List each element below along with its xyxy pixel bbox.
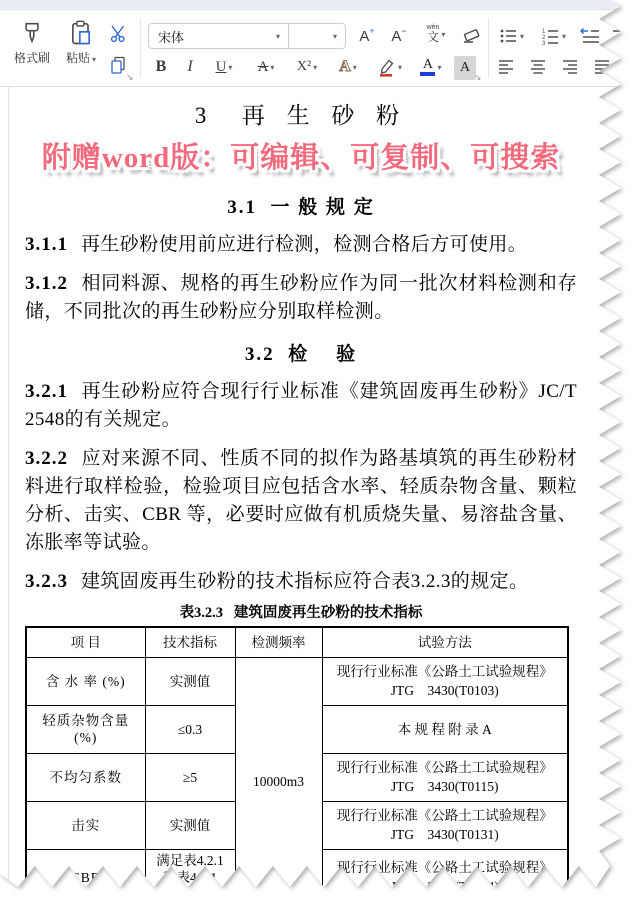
text-effects-button[interactable]: A▾ (330, 54, 366, 80)
clause-3-2-2: 3.2.2应对来源不同、性质不同的拟作为路基填筑的再生砂粉材料进行取样检验，检验… (25, 445, 577, 557)
bold-button[interactable]: B (148, 54, 174, 80)
scissors-icon (108, 23, 128, 43)
table-caption: 表3.2.3 建筑固废再生砂粉的技术指标 (25, 604, 577, 622)
clause-3-1-2: 3.1.2相同料源、规格的再生砂粉应作为同一批次材料检测和存储，不同批次的再生砂… (25, 270, 577, 326)
spec-table: 项 目 技术指标 检测频率 试验方法 含 水 率 (%) 实测值 10000m3… (25, 626, 569, 907)
justify-icon (593, 59, 611, 75)
header-frequency: 检测频率 (235, 627, 322, 657)
decrease-indent-button[interactable] (576, 23, 604, 49)
bullet-list-icon (498, 26, 518, 46)
character-shading-button[interactable]: A (454, 56, 476, 80)
cell-item: CBR (26, 849, 145, 906)
table-header-row: 项 目 技术指标 检测频率 试验方法 (26, 627, 568, 657)
table-row: 含 水 率 (%) 实测值 10000m3 现行行业标准《公路土工试验规程》JT… (26, 657, 568, 705)
clause-number: 3.2.3 (25, 571, 68, 592)
justify-button[interactable] (588, 54, 616, 80)
highlight-pen-icon (376, 57, 396, 77)
ribbon-toolbar: 格式刷 粘贴▾ (0, 10, 640, 87)
chevron-down-icon: ▾ (268, 32, 288, 41)
strikethrough-button[interactable]: A▾ (248, 54, 284, 80)
cell-method: 现行行业标准《公路土工试验规程》JTG 3430(T0131) (322, 801, 568, 849)
torn-screenshot-sheet: 格式刷 粘贴▾ (0, 0, 640, 910)
numbered-list-button[interactable]: 1 2 3 ▾ (536, 23, 570, 49)
clipboard-group-launcher-icon[interactable]: ↘ (126, 72, 134, 83)
numbered-list-icon: 1 2 3 (540, 26, 560, 46)
clipboard-icon (67, 19, 95, 47)
clause-text: 再生砂粉使用前应进行检测，检测合格后方可使用。 (81, 234, 527, 255)
cut-button[interactable] (104, 20, 132, 46)
document-canvas[interactable]: 3 再 生 砂 粉 附赠word版：可编辑、可复制、可搜索 3.1 一 般 规 … (25, 102, 577, 907)
decrease-indent-icon (579, 26, 601, 46)
italic-button[interactable]: I (178, 54, 202, 80)
cell-item: 击实 (26, 801, 145, 849)
grow-font-button[interactable]: A+ (352, 23, 382, 49)
chevron-down-icon: ▾ (562, 32, 566, 41)
cell-item: 轻质杂物含量 (%) (26, 705, 145, 753)
chevron-down-icon: ▾ (270, 63, 274, 72)
chevron-down-icon: ▾ (520, 32, 524, 41)
align-center-button[interactable] (524, 54, 552, 80)
clause-text: 再生砂粉应符合现行行业标准《建筑固废再生砂粉》JC/T 2548的有关规定。 (25, 381, 577, 430)
section-3-1-heading: 3.1 一 般 规 定 (25, 196, 577, 220)
increase-indent-button[interactable] (608, 23, 636, 49)
cell-spec: 满足表4.2.1 和表4.3.1 的要求 (145, 849, 235, 906)
bullet-list-button[interactable]: ▾ (494, 23, 528, 49)
chevron-down-icon: ▾ (228, 63, 232, 72)
copy-icon (108, 55, 128, 75)
font-color-button[interactable]: A ▾ (412, 54, 450, 80)
shrink-font-button[interactable]: A− (384, 23, 414, 49)
phonetic-guide-button[interactable]: wén 文 ▾ (418, 21, 454, 47)
align-left-icon (497, 59, 515, 75)
brush-icon (18, 19, 46, 47)
screenshot-stage: 格式刷 粘贴▾ (0, 0, 640, 910)
cell-method: 现行行业标准《公路土工试验规程》JTG 3430(T0134) (322, 849, 568, 906)
align-left-button[interactable] (492, 54, 520, 80)
eraser-icon (460, 24, 482, 46)
header-spec: 技术指标 (145, 627, 235, 657)
clause-text: 相同料源、规格的再生砂粉应作为同一批次材料检测和存储，不同批次的再生砂粉应分别取… (25, 273, 577, 322)
highlight-color-button[interactable]: ▾ (370, 54, 408, 80)
clause-3-2-1: 3.2.1再生砂粉应符合现行行业标准《建筑固废再生砂粉》JC/T 2548的有关… (25, 378, 577, 434)
underline-button[interactable]: U▾ (206, 54, 242, 80)
font-family-select[interactable]: 宋体 ▾ ▾ (148, 23, 346, 49)
cell-spec: ≥5 (145, 753, 235, 801)
section-3-2-heading: 3.2 检 验 (25, 343, 577, 367)
superscript-button[interactable]: X²▾ (288, 54, 326, 80)
cell-spec: ≤0.3 (145, 705, 235, 753)
promo-banner-text: 附赠word版：可编辑、可复制、可搜索 (25, 137, 577, 179)
chevron-down-icon: ▾ (398, 63, 402, 72)
clause-3-2-3: 3.2.3建筑固废再生砂粉的技术指标应符合表3.2.3的规定。 (25, 568, 577, 596)
group-separator (140, 18, 141, 78)
format-painter-label: 格式刷 (14, 49, 50, 66)
chevron-down-icon: ▾ (313, 63, 317, 72)
cell-spec: 实测值 (145, 801, 235, 849)
align-right-button[interactable] (556, 54, 584, 80)
clause-number: 3.2.2 (25, 448, 68, 469)
align-center-icon (529, 59, 547, 75)
line-spacing-button[interactable] (618, 54, 640, 80)
svg-text:3: 3 (542, 41, 546, 46)
torn-sheet-shadow: 格式刷 粘贴▾ (0, 0, 640, 910)
clause-3-1-1: 3.1.1再生砂粉使用前应进行检测，检测合格后方可使用。 (25, 231, 577, 259)
chevron-down-icon: ▾ (353, 63, 357, 72)
cell-spec: 实测值 (145, 657, 235, 705)
chevron-down-icon: ▾ (92, 55, 96, 64)
align-right-icon (561, 59, 579, 75)
font-family-value: 宋体 (149, 27, 266, 46)
window-top-edge (0, 0, 640, 10)
clause-text: 应对来源不同、性质不同的拟作为路基填筑的再生砂粉材料进行取样检验，检验项目应包括… (25, 448, 577, 553)
clear-formatting-button[interactable] (456, 22, 486, 48)
pinyin-icon: wén 文 (427, 25, 440, 43)
cell-item: 含 水 率 (%) (26, 657, 145, 705)
header-item: 项 目 (26, 627, 145, 657)
clause-number: 3.2.1 (25, 381, 68, 402)
chevron-down-icon: ▾ (441, 30, 445, 39)
increase-indent-icon (611, 26, 633, 46)
chevron-down-icon: ▾ (325, 32, 345, 41)
cell-method: 本 规 程 附 录 A (322, 705, 568, 753)
cell-method: 现行行业标准《公路土工试验规程》JTG 3430(T0115) (322, 753, 568, 801)
font-color-icon: A (420, 58, 435, 76)
cell-frequency: 10000m3 (235, 657, 322, 906)
page-left-edge (8, 86, 9, 910)
font-group-launcher-icon[interactable]: ↘ (474, 72, 482, 83)
paste-label: 粘贴 (66, 51, 90, 65)
header-method: 试验方法 (322, 627, 568, 657)
clause-number: 3.1.1 (25, 234, 68, 255)
chevron-down-icon: ▾ (437, 63, 441, 72)
line-spacing-icon (623, 59, 640, 75)
outlined-a-icon: A (339, 58, 351, 76)
format-painter-button[interactable]: 格式刷 (14, 19, 50, 66)
paste-button[interactable]: 粘贴▾ (66, 19, 96, 66)
chapter-title: 3 再 生 砂 粉 (25, 102, 577, 130)
group-separator (488, 18, 489, 78)
clause-number: 3.1.2 (25, 273, 68, 294)
cell-item: 不均匀系数 (26, 753, 145, 801)
cell-method: 现行行业标准《公路土工试验规程》JTG 3430(T0103) (322, 657, 568, 705)
clause-text: 建筑固废再生砂粉的技术指标应符合表3.2.3的规定。 (81, 571, 528, 592)
